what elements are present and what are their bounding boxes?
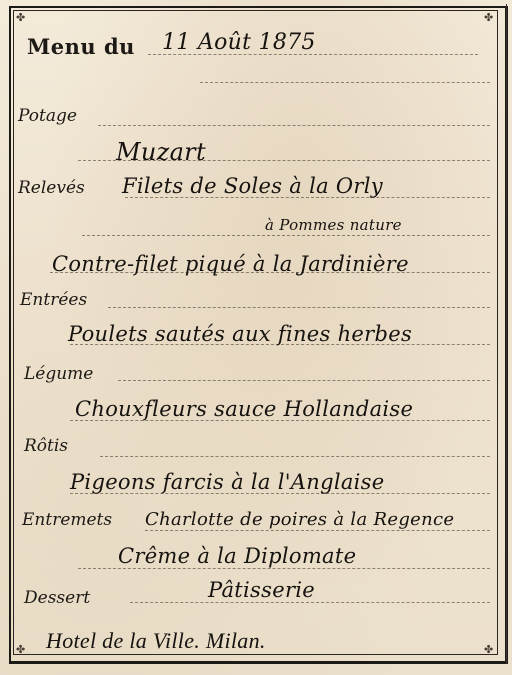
dish-releves-2: à Pommes nature: [265, 216, 402, 234]
rule-line: [108, 307, 490, 308]
section-label-rotis: Rôtis: [24, 436, 68, 456]
section-label-releves: Relevés: [18, 178, 85, 198]
corner-ornament-icon: ✤: [16, 644, 25, 655]
rule-line: [145, 530, 490, 531]
corner-ornament-icon: ✤: [16, 12, 25, 23]
rule-line: [130, 602, 490, 603]
section-label-dessert: Dessert: [24, 588, 90, 608]
section-label-potage: Potage: [18, 106, 77, 126]
menu-title-label: Menu du: [27, 34, 135, 59]
section-label-entrees: Entrées: [20, 290, 87, 310]
dish-rotis: Pigeons farcis à la l'Anglaise: [70, 470, 384, 494]
section-label-entremets: Entremets: [22, 510, 112, 530]
dish-entremets-1: Charlotte de poires à la Regence: [145, 509, 454, 530]
corner-ornament-icon: ✤: [484, 12, 493, 23]
dish-entrees: Poulets sautés aux fines herbes: [68, 322, 412, 346]
dish-entremets-2: Crême à la Diplomate: [118, 544, 356, 568]
card-border-right-rule: [506, 4, 507, 664]
corner-ornament-icon: ✤: [484, 644, 493, 655]
dish-dessert: Pâtisserie: [208, 578, 315, 602]
dish-potage: Muzart: [116, 138, 206, 166]
rule-line: [200, 82, 490, 83]
rule-line: [100, 456, 490, 457]
menu-date: 11 Août 1875: [162, 30, 316, 55]
rule-line: [118, 380, 490, 381]
rule-line: [98, 125, 490, 126]
rule-line: [82, 235, 490, 236]
section-label-legume: Légume: [24, 364, 93, 384]
dish-releves-3: Contre-filet piqué à la Jardinière: [52, 252, 409, 276]
dish-releves-1: Filets de Soles à la Orly: [122, 174, 383, 198]
menu-card: ✤ ✤ ✤ ✤ Menu du 11 Août 1875 Potage Muza…: [0, 0, 512, 675]
rule-line: [78, 568, 490, 569]
dish-legume: Chouxfleurs sauce Hollandaise: [75, 397, 413, 421]
hotel-footer: Hotel de la Ville. Milan.: [46, 628, 266, 654]
